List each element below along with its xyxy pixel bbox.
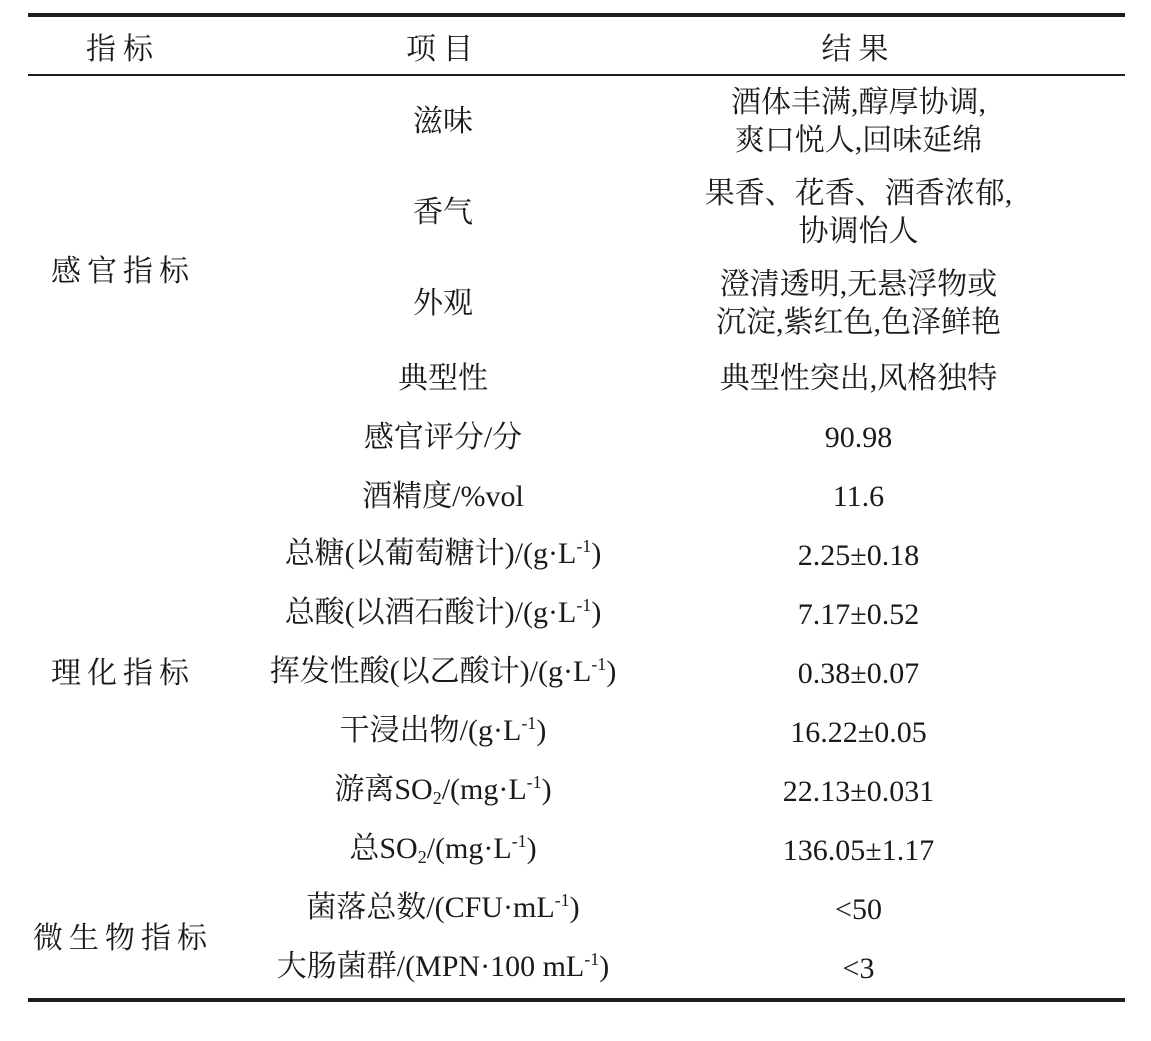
item-cell: 总糖(以葡萄糖计)/(g·L-1) [218, 526, 668, 585]
item-text: 感官评分/分 [364, 421, 522, 454]
item-cell: 典型性 [218, 349, 668, 408]
quality-indicators-table-wrap: 指标 项目 结果 感官指标滋味酒体丰满,醇厚协调,爽口悦人,回味延绵香气果香、花… [28, 13, 1125, 1002]
table-header: 指标 项目 结果 [28, 15, 1125, 75]
table-body: 感官指标滋味酒体丰满,醇厚协调,爽口悦人,回味延绵香气果香、花香、酒香浓郁,协调… [28, 75, 1125, 1000]
header-indicator: 指标 [28, 15, 218, 75]
result-cell: 酒体丰满,醇厚协调,爽口悦人,回味延绵 [668, 75, 1125, 167]
item-text: 游离SO [334, 773, 432, 806]
item-cell: 总SO2/(mg·L-1) [218, 821, 668, 880]
item-supscript: -1 [527, 772, 542, 792]
item-text: ) [570, 891, 580, 924]
table-row: 理化指标酒精度/%vol11.6 [28, 467, 1125, 526]
item-cell: 感官评分/分 [218, 408, 668, 467]
result-cell: <50 [668, 880, 1125, 939]
item-cell: 总酸(以酒石酸计)/(g·L-1) [218, 585, 668, 644]
indicator-group-label: 感官指标 [28, 75, 218, 467]
item-text: ) [591, 596, 601, 629]
result-cell: 7.17±0.52 [668, 585, 1125, 644]
item-text: 菌落总数/(CFU·mL [306, 891, 554, 924]
header-row: 指标 项目 结果 [28, 15, 1125, 75]
item-supscript: -1 [555, 890, 570, 910]
header-item: 项目 [218, 15, 668, 75]
item-cell: 干浸出物/(g·L-1) [218, 703, 668, 762]
indicator-group-label: 理化指标 [28, 467, 218, 880]
item-text: ) [591, 537, 601, 570]
result-cell: <3 [668, 939, 1125, 1000]
item-text: /(mg·L [427, 832, 512, 865]
item-cell: 外观 [218, 258, 668, 349]
result-cell: 136.05±1.17 [668, 821, 1125, 880]
item-text: 滋味 [413, 105, 473, 138]
item-text: 总酸(以酒石酸计)/(g·L [285, 596, 577, 629]
item-text: 挥发性酸(以乙酸计)/(g·L [270, 655, 592, 688]
item-supscript: -1 [591, 654, 606, 674]
item-text: 总SO [349, 832, 417, 865]
result-cell: 果香、花香、酒香浓郁,协调怡人 [668, 167, 1125, 258]
result-cell: 11.6 [668, 467, 1125, 526]
result-cell: 澄清透明,无悬浮物或沉淀,紫红色,色泽鲜艳 [668, 258, 1125, 349]
item-text: 干浸出物/(g·L [340, 714, 522, 747]
item-text: 大肠菌群/(MPN·100 mL [277, 950, 585, 983]
indicator-group-label: 微生物指标 [28, 880, 218, 1000]
item-supscript: -1 [521, 713, 536, 733]
item-cell: 大肠菌群/(MPN·100 mL-1) [218, 939, 668, 1000]
result-cell: 2.25±0.18 [668, 526, 1125, 585]
item-supscript: -1 [576, 595, 591, 615]
item-cell: 滋味 [218, 75, 668, 167]
item-text: ) [536, 714, 546, 747]
item-cell: 香气 [218, 167, 668, 258]
result-cell: 22.13±0.031 [668, 762, 1125, 821]
item-text: ) [599, 950, 609, 983]
item-text: 酒精度/%vol [362, 480, 524, 513]
item-text: 典型性 [398, 362, 488, 395]
item-text: 总糖(以葡萄糖计)/(g·L [285, 537, 577, 570]
item-supscript: -1 [512, 831, 527, 851]
result-cell: 16.22±0.05 [668, 703, 1125, 762]
item-text: ) [527, 832, 537, 865]
item-supscript: -1 [576, 536, 591, 556]
table-row: 微生物指标菌落总数/(CFU·mL-1)<50 [28, 880, 1125, 939]
item-cell: 游离SO2/(mg·L-1) [218, 762, 668, 821]
item-subscript: 2 [418, 847, 427, 867]
item-text: 外观 [413, 287, 473, 320]
item-cell: 酒精度/%vol [218, 467, 668, 526]
item-cell: 菌落总数/(CFU·mL-1) [218, 880, 668, 939]
result-cell: 典型性突出,风格独特 [668, 349, 1125, 408]
item-text: /(mg·L [442, 773, 527, 806]
result-cell: 90.98 [668, 408, 1125, 467]
header-result: 结果 [668, 15, 1125, 75]
item-text: ) [542, 773, 552, 806]
table-row: 感官指标滋味酒体丰满,醇厚协调,爽口悦人,回味延绵 [28, 75, 1125, 167]
result-cell: 0.38±0.07 [668, 644, 1125, 703]
quality-indicators-table: 指标 项目 结果 感官指标滋味酒体丰满,醇厚协调,爽口悦人,回味延绵香气果香、花… [28, 13, 1125, 1002]
item-text: ) [606, 655, 616, 688]
item-cell: 挥发性酸(以乙酸计)/(g·L-1) [218, 644, 668, 703]
item-text: 香气 [413, 196, 473, 229]
item-subscript: 2 [433, 788, 442, 808]
item-supscript: -1 [584, 949, 599, 969]
